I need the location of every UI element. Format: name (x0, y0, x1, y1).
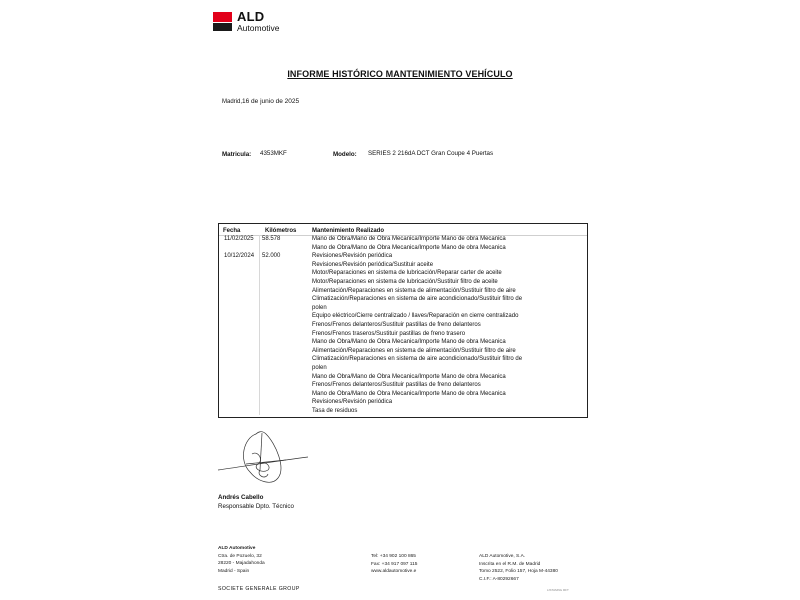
footer-contact: Tel: +34 902 100 865 Fax: +34 917 097 11… (371, 553, 417, 576)
footer-ref: LISTAMNG RFT (547, 588, 569, 592)
row-fecha: 11/02/2025 (224, 236, 254, 242)
header-mantenimiento: Mantenimiento Realizado (312, 228, 384, 234)
row-mantenimiento: Motor/Reparaciones en sistema de lubrica… (312, 279, 498, 285)
row-mantenimiento: Revisiones/Revisión periódica/Sustituir … (312, 262, 433, 268)
logo-subtitle: Automotive (237, 24, 280, 33)
table-row: Alimentación/Reparaciones en sistema de … (219, 288, 587, 297)
ald-logo-mark-icon (213, 12, 232, 31)
plate-value: 4353MKF (260, 150, 287, 157)
table-row: 11/02/202558.578Mano de Obra/Mano de Obr… (219, 236, 587, 245)
footer-legal: ALD Automotive, S.A. Inscrita en el R.M.… (479, 553, 558, 583)
row-mantenimiento: Climatización/Reparaciones en sistema de… (312, 356, 522, 362)
row-mantenimiento: Tasa de residuos (312, 408, 357, 414)
footer-address: ALD Automotive Ctra. de Pozuelo, 32 2822… (218, 545, 265, 575)
table-row: Motor/Reparaciones en sistema de lubrica… (219, 279, 587, 288)
logo-name: ALD (237, 10, 280, 23)
table-row: Mano de Obra/Mano de Obra Mecanica/Impor… (219, 374, 587, 383)
document-title: INFORME HISTÓRICO MANTENIMIENTO VEHÍCULO (0, 69, 800, 79)
table-row: Equipo eléctrico/Cierre centralizado / l… (219, 313, 587, 322)
table-row: Mano de Obra/Mano de Obra Mecanica/Impor… (219, 391, 587, 400)
row-mantenimiento: Frenos/Frenos delanteros/Sustituir pasti… (312, 382, 481, 388)
table-row: Motor/Reparaciones en sistema de lubrica… (219, 270, 587, 279)
table-row: Alimentación/Reparaciones en sistema de … (219, 348, 587, 357)
table-row: Revisiones/Revisión periódica/Sustituir … (219, 262, 587, 271)
signature-image (216, 430, 311, 490)
date-value: 16 de junio de 2025 (242, 98, 299, 105)
row-mantenimiento: Mano de Obra/Mano de Obra Mecanica/Impor… (312, 339, 506, 345)
row-mantenimiento: Revisiones/Revisión periódica (312, 253, 392, 259)
row-mantenimiento: Equipo eléctrico/Cierre centralizado / l… (312, 313, 518, 319)
table-header: Fecha Kilómetros Mantenimiento Realizado (219, 224, 587, 236)
plate-label: Matricula: (222, 151, 251, 158)
table-row: Climatización/Reparaciones en sistema de… (219, 356, 587, 365)
row-mantenimiento: Frenos/Frenos traseros/Sustituir pastill… (312, 331, 465, 337)
footer-group-name: SOCIETE GENERALE GROUP (218, 586, 300, 592)
table-row: Climatización/Reparaciones en sistema de… (219, 296, 587, 305)
row-mantenimiento: polen (312, 365, 327, 371)
header-fecha: Fecha (223, 228, 240, 234)
maintenance-table: Fecha Kilómetros Mantenimiento Realizado… (218, 223, 588, 418)
row-mantenimiento: Mano de Obra/Mano de Obra Mecanica/Impor… (312, 391, 506, 397)
header-kilometros: Kilómetros (265, 228, 296, 234)
table-row: Frenos/Frenos delanteros/Sustituir pasti… (219, 322, 587, 331)
model-value: SERIES 2 216dA DCT Gran Coupe 4 Puertas (368, 150, 493, 157)
table-row: polen (219, 365, 587, 374)
table-row: polen (219, 305, 587, 314)
row-fecha: 10/12/2024 (224, 253, 254, 259)
table-row: Revisiones/Revisión periódica (219, 399, 587, 408)
table-row: 10/12/202452.000Revisiones/Revisión peri… (219, 253, 587, 262)
table-row: Mano de Obra/Mano de Obra Mecanica/Impor… (219, 245, 587, 254)
signer-role: Responsable Dpto. Técnico (218, 503, 294, 510)
row-mantenimiento: Alimentación/Reparaciones en sistema de … (312, 348, 516, 354)
row-mantenimiento: Motor/Reparaciones en sistema de lubrica… (312, 270, 502, 276)
row-mantenimiento: Mano de Obra/Mano de Obra Mecanica/Impor… (312, 245, 506, 251)
signer-name: Andrés Cabello (218, 494, 263, 501)
row-mantenimiento: Mano de Obra/Mano de Obra Mecanica/Impor… (312, 236, 506, 242)
table-row: Frenos/Frenos delanteros/Sustituir pasti… (219, 382, 587, 391)
table-row: Tasa de residuos (219, 408, 587, 417)
row-mantenimiento: Frenos/Frenos delanteros/Sustituir pasti… (312, 322, 481, 328)
row-mantenimiento: Alimentación/Reparaciones en sistema de … (312, 288, 516, 294)
row-mantenimiento: Mano de Obra/Mano de Obra Mecanica/Impor… (312, 374, 506, 380)
row-mantenimiento: Revisiones/Revisión periódica (312, 399, 392, 405)
footer-website-link[interactable]: www.aldautomotive.e (371, 568, 417, 576)
row-mantenimiento: polen (312, 305, 327, 311)
model-label: Modelo: (333, 151, 357, 158)
row-kilometros: 58.578 (262, 236, 280, 242)
table-body: 11/02/202558.578Mano de Obra/Mano de Obr… (219, 236, 587, 416)
table-row: Frenos/Frenos traseros/Sustituir pastill… (219, 331, 587, 340)
row-mantenimiento: Climatización/Reparaciones en sistema de… (312, 296, 522, 302)
date-city: Madrid, (222, 99, 242, 105)
date-line: Madrid,16 de junio de 2025 (222, 98, 299, 105)
row-kilometros: 52.000 (262, 253, 280, 259)
table-row: Mano de Obra/Mano de Obra Mecanica/Impor… (219, 339, 587, 348)
